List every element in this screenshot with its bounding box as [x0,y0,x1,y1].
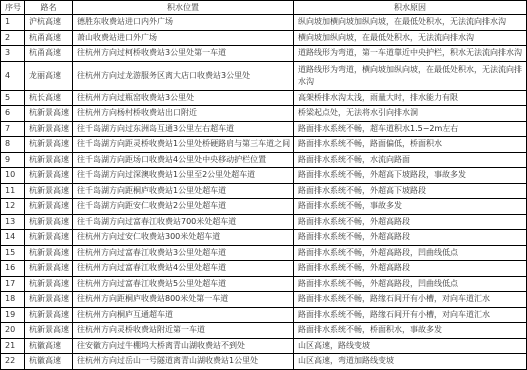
cell-index: 21 [1,338,25,354]
cell-location: 往杭州方向杨村桥收费站出口附近 [73,106,294,122]
table-row: 1沪杭高速德胜东收费站进口内外广场纵向坡加横向坡加纵向坡，在最低处积水，无法流向… [1,15,527,31]
cell-index: 18 [1,292,25,308]
cell-road: 杭徽高速 [25,338,73,354]
table-row: 13杭新景高速往千岛湖方向过富春江收费站700米处超车道路面排水系统不畅，外超高… [1,214,527,230]
cell-location: 往千岛湖方向距安仁收费站2公里处超车道 [73,199,294,215]
cell-road: 杭新景高速 [25,292,73,308]
cell-road: 杭新景高速 [25,276,73,292]
cell-road: 杭新景高速 [25,183,73,199]
cell-reason: 道路线形为弯道，横向坡加纵向坡，在最低处积水，无法流向排水沟 [294,61,527,90]
cell-reason: 路面排水系统不畅，外超高路段，凹曲线低点 [294,276,527,292]
cell-reason: 路面排水系统不畅，路缘石间开有小槽，对向车道汇水 [294,307,527,323]
table-row: 17杭新景高速往杭州方向过富春江收费站5公里处超车道路面排水系统不畅，外超高路段… [1,276,527,292]
cell-index: 5 [1,90,25,106]
cell-location: 往安徽方向过牛棚坞大桥离青山湖收费站不到处 [73,338,294,354]
cell-index: 7 [1,121,25,137]
table-row: 11杭新景高速往千岛湖方向距桐庐收费站1公里处超车道路面排水系统不畅，外超高下坡… [1,183,527,199]
cell-road: 杭新景高速 [25,307,73,323]
cell-index: 17 [1,276,25,292]
cell-road: 杭徽高速 [25,354,73,370]
table-row: 8杭新景高速往千岛湖方向距灵桥收费站1公里处桥硬路肩与第三车道之间路面排水系统不… [1,137,527,153]
cell-location: 往杭州方向过富春江收费站3公里处超车道 [73,245,294,261]
table-row: 12杭新景高速往千岛湖方向距安仁收费站2公里处超车道路面排水系统不畅，事故多发 [1,199,527,215]
cell-location: 往千岛湖方向距桐庐收费站1公里处超车道 [73,183,294,199]
table-row: 10杭新景高速往千岛湖方向过深澳收费站1公里至2公里处超车道路面排水系统不畅，外… [1,168,527,184]
table-row: 9杭新景高速往千岛湖方向距场口收费站4公里处中央移动护栏位置路面排水系统不畅，水… [1,152,527,168]
cell-index: 16 [1,261,25,277]
cell-reason: 高架桥排水沟太浅，雨量大时，排水能力有限 [294,90,527,106]
cell-reason: 路面排水系统不畅，外超高路段 [294,261,527,277]
cell-index: 15 [1,245,25,261]
cell-location: 往千岛湖方向过深澳收费站1公里至2公里处超车道 [73,168,294,184]
table-row: 7杭新景高速往千岛湖方向过东洲岛互通3公里左右超车道路面排水系统不畅，超车道积水… [1,121,527,137]
cell-index: 22 [1,354,25,370]
header-index: 序号 [1,1,25,15]
table-row: 5杭长高速往杭州方向过瓶窑收费站3公里处高架桥排水沟太浅，雨量大时，排水能力有限 [1,90,527,106]
cell-location: 往杭州方向过瓶窑收费站3公里处 [73,90,294,106]
cell-reason: 路面排水系统不畅，路面偏低，桥面积水 [294,137,527,153]
cell-road: 杭新景高速 [25,214,73,230]
cell-road: 杭甬高速 [25,46,73,62]
table-row: 19杭新景高速往杭州方向桐庐互通超车道路面排水系统不畅，路缘石间开有小槽，对向车… [1,307,527,323]
cell-index: 14 [1,230,25,246]
cell-reason: 山区高速，路线变坡 [294,338,527,354]
table-row: 3杭甬高速往杭州方向过柯桥收费站3公里处第一车道道路线形为弯道，第一车道靠近中央… [1,46,527,62]
cell-index: 19 [1,307,25,323]
cell-location: 往杭州方向过龙游服务区离大店口收费站3公里处 [73,61,294,90]
cell-index: 2 [1,30,25,46]
cell-reason: 山区高速，弯道加路线变坡 [294,354,527,370]
cell-index: 13 [1,214,25,230]
table-row: 21杭徽高速往安徽方向过牛棚坞大桥离青山湖收费站不到处山区高速，路线变坡 [1,338,527,354]
cell-reason: 桥梁起点处，无法将水引向排水洞 [294,106,527,122]
header-road: 路名 [25,1,73,15]
cell-location: 往千岛湖方向过东洲岛互通3公里左右超车道 [73,121,294,137]
cell-reason: 路面排水系统不畅，水流向路面 [294,152,527,168]
table-row: 18杭新景高速往杭州方向距桐庐收费站800米处第一车道路面排水系统不畅，路缘石间… [1,292,527,308]
cell-road: 沪杭高速 [25,15,73,31]
cell-reason: 路面排水系统不畅，路缘石间开有小槽，对向车道汇水 [294,292,527,308]
table-row: 4龙丽高速往杭州方向过龙游服务区离大店口收费站3公里处道路线形为弯道，横向坡加纵… [1,61,527,90]
table-row: 14杭新景高速往杭州方向过安仁收费站300米处超车道路面排水系统不畅，外超高路段 [1,230,527,246]
table-row: 6杭新景高速往杭州方向杨村桥收费站出口附近桥梁起点处，无法将水引向排水洞 [1,106,527,122]
cell-location: 往杭州方向过富春江收费站5公里处超车道 [73,276,294,292]
cell-index: 8 [1,137,25,153]
cell-location: 往杭州方向桐庐互通超车道 [73,307,294,323]
cell-index: 11 [1,183,25,199]
cell-index: 12 [1,199,25,215]
table-row: 20杭新景高速往杭州方向灵桥收费站附近第一车道路面排水系统不畅，桥面积水，事故多… [1,323,527,339]
cell-index: 10 [1,168,25,184]
cell-reason: 路面排水系统不畅，外超高路段，凹曲线低点 [294,245,527,261]
cell-reason: 路面排水系统不畅，超车道积水1.5−2m左右 [294,121,527,137]
cell-reason: 道路线形为弯道，第一车道靠近中央护栏，积水无法流向排水沟 [294,46,527,62]
waterlogging-table: 序号 路名 积水位置 积水原因 1沪杭高速德胜东收费站进口内外广场纵向坡加横向坡… [0,0,527,370]
cell-road: 杭新景高速 [25,106,73,122]
cell-location: 往杭州方向灵桥收费站附近第一车道 [73,323,294,339]
cell-road: 杭新景高速 [25,323,73,339]
header-location: 积水位置 [73,1,294,15]
cell-reason: 路面排水系统不畅，外超高路段 [294,214,527,230]
cell-road: 龙丽高速 [25,61,73,90]
cell-location: 往杭州方向过富春江收费站4公里处超车道 [73,261,294,277]
table-row: 22杭徽高速往杭州方向过岳山一号隧道离青山湖收费站1公里处山区高速，弯道加路线变… [1,354,527,370]
cell-road: 杭长高速 [25,90,73,106]
cell-road: 杭新景高速 [25,121,73,137]
cell-road: 杭新景高速 [25,230,73,246]
cell-road: 杭甬高速 [25,30,73,46]
cell-road: 杭新景高速 [25,168,73,184]
table-row: 2杭甬高速萧山收费站进口外广场横向坡加纵向坡，在最低处积水，无法流向排水沟 [1,30,527,46]
cell-location: 往杭州方向过岳山一号隧道离青山湖收费站1公里处 [73,354,294,370]
table-row: 15杭新景高速往杭州方向过富春江收费站3公里处超车道路面排水系统不畅，外超高路段… [1,245,527,261]
cell-reason: 路面排水系统不畅，外超高下坡路段，事故多发 [294,168,527,184]
cell-road: 杭新景高速 [25,199,73,215]
cell-location: 往杭州方向距桐庐收费站800米处第一车道 [73,292,294,308]
cell-location: 往杭州方向过柯桥收费站3公里处第一车道 [73,46,294,62]
cell-index: 6 [1,106,25,122]
cell-location: 德胜东收费站进口内外广场 [73,15,294,31]
cell-index: 1 [1,15,25,31]
cell-index: 9 [1,152,25,168]
cell-index: 20 [1,323,25,339]
cell-location: 往杭州方向过安仁收费站300米处超车道 [73,230,294,246]
header-reason: 积水原因 [294,1,527,15]
cell-location: 萧山收费站进口外广场 [73,30,294,46]
cell-reason: 纵向坡加横向坡加纵向坡，在最低处积水，无法流向排水沟 [294,15,527,31]
cell-location: 往千岛湖方向距场口收费站4公里处中央移动护栏位置 [73,152,294,168]
table-row: 16杭新景高速往杭州方向过富春江收费站4公里处超车道路面排水系统不畅，外超高路段 [1,261,527,277]
cell-road: 杭新景高速 [25,137,73,153]
cell-index: 3 [1,46,25,62]
cell-location: 往千岛湖方向过富春江收费站700米处超车道 [73,214,294,230]
cell-index: 4 [1,61,25,90]
cell-reason: 路面排水系统不畅，外超高路段 [294,230,527,246]
cell-reason: 路面排水系统不畅，桥面积水，事故多发 [294,323,527,339]
cell-reason: 路面排水系统不畅，外超高下坡路段 [294,183,527,199]
table-header-row: 序号 路名 积水位置 积水原因 [1,1,527,15]
cell-reason: 路面排水系统不畅，事故多发 [294,199,527,215]
cell-reason: 横向坡加纵向坡，在最低处积水，无法流向排水沟 [294,30,527,46]
cell-location: 往千岛湖方向距灵桥收费站1公里处桥硬路肩与第三车道之间 [73,137,294,153]
cell-road: 杭新景高速 [25,261,73,277]
cell-road: 杭新景高速 [25,152,73,168]
cell-road: 杭新景高速 [25,245,73,261]
